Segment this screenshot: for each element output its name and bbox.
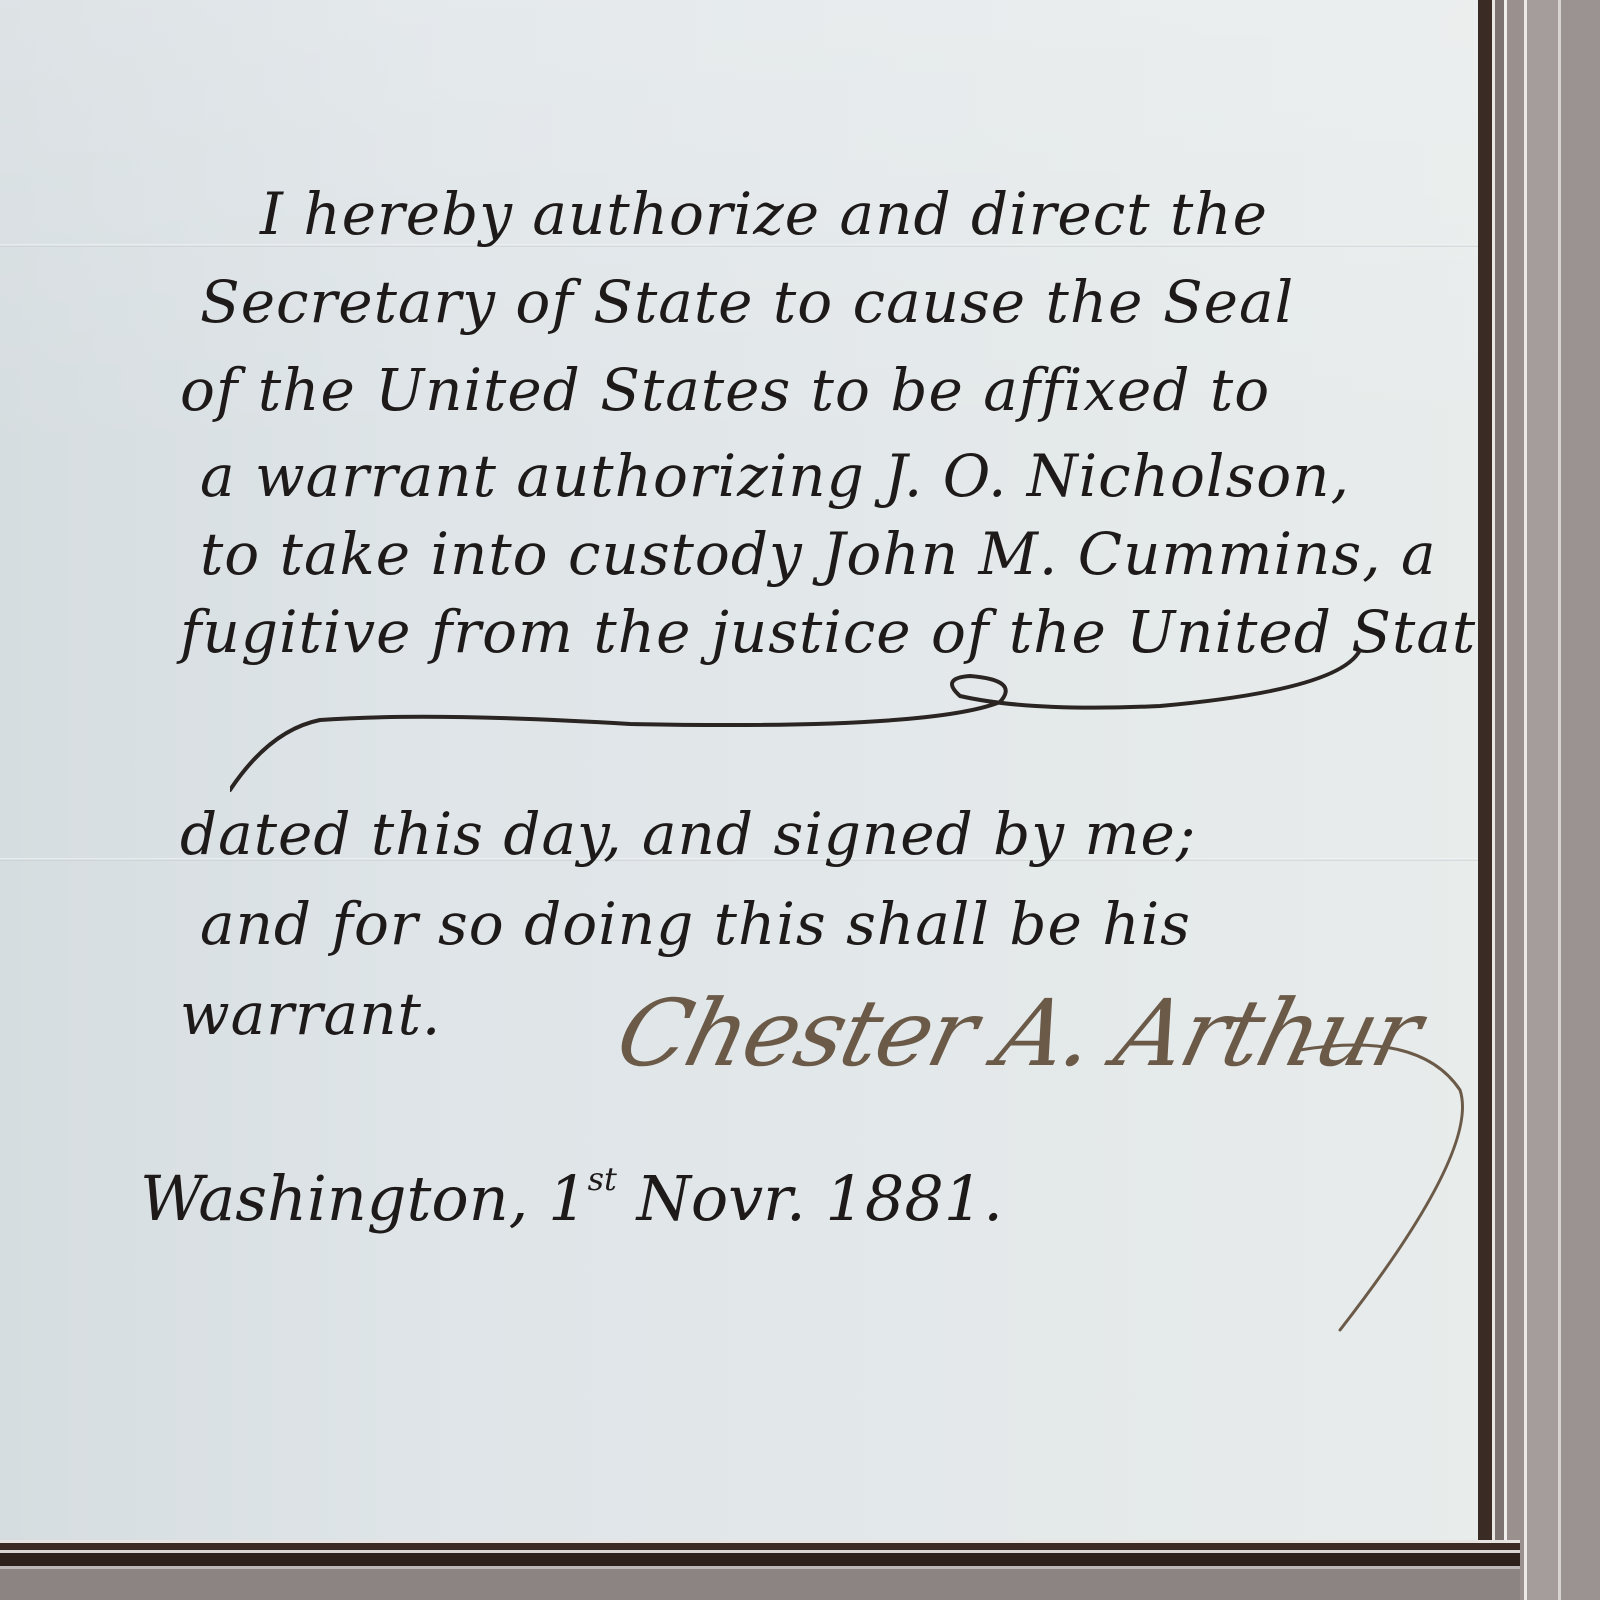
dateline-day-suffix: st bbox=[588, 1160, 617, 1198]
body-line-7: dated this day, and signed by me; bbox=[180, 800, 1196, 868]
body-line-5: to take into custody John M. Cummins, a bbox=[200, 520, 1437, 588]
body-line-2: Secretary of State to cause the Seal bbox=[200, 268, 1294, 336]
dateline-place: Washington, bbox=[140, 1162, 528, 1235]
dateline: Washington, 1st Novr. 1881. bbox=[140, 1160, 1003, 1235]
framed-document-photo: I hereby authorize and direct the Secret… bbox=[0, 0, 1600, 1600]
body-line-3: of the United States to be affixed to bbox=[180, 356, 1270, 424]
dateline-day: 1 bbox=[548, 1162, 587, 1235]
pen-flourish-line bbox=[230, 650, 1400, 800]
signature-flourish bbox=[1300, 1040, 1500, 1340]
body-line-4: a warrant authorizing J. O. Nicholson, bbox=[200, 442, 1350, 510]
dateline-month: Novr. bbox=[637, 1162, 806, 1235]
body-line-1: I hereby authorize and direct the bbox=[260, 180, 1268, 248]
dateline-year: 1881. bbox=[825, 1162, 1003, 1235]
document-paper: I hereby authorize and direct the Secret… bbox=[0, 0, 1520, 1543]
body-line-9: warrant. bbox=[180, 980, 441, 1048]
frame-edge-right bbox=[1478, 0, 1600, 1600]
frame-edge-bottom bbox=[0, 1540, 1520, 1600]
body-line-8: and for so doing this shall be his bbox=[200, 890, 1191, 958]
